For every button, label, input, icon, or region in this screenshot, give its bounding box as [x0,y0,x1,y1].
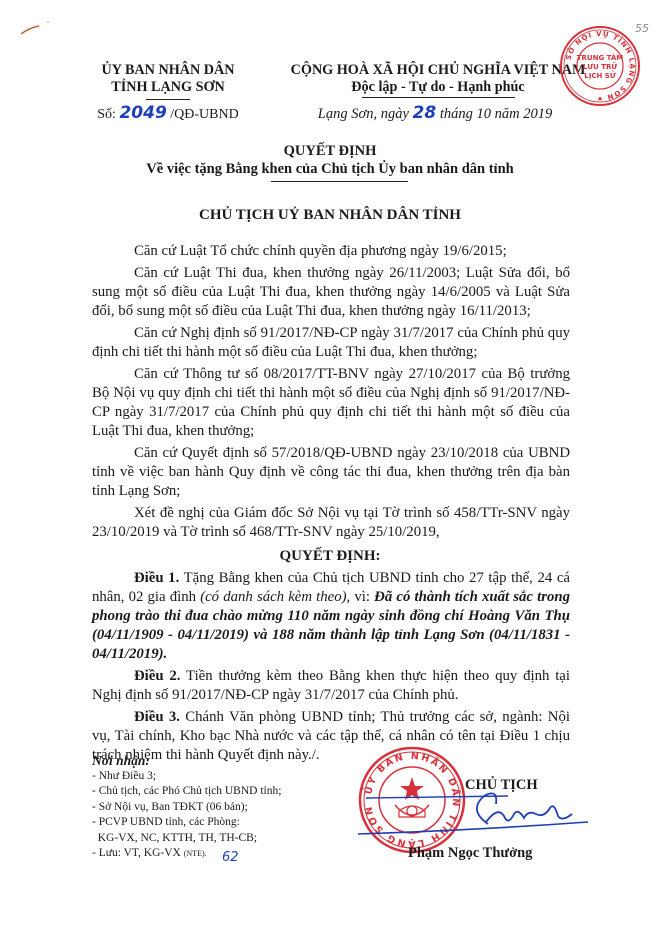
stamp-star-icon: ★ [597,95,603,103]
stamp-line-1: TRUNG TÂM [577,53,624,62]
bottom-handwritten-mark: 62 [222,850,239,865]
recipient-item: KG-VX, NC, KTTH, TH, TH-CB; [92,831,281,846]
signer-name: Phạm Ngọc Thưởng [408,845,532,862]
subject-underline [271,181,408,182]
preamble-clause: Căn cứ Luật Tổ chức chính quyền địa phươ… [92,242,570,261]
issuing-organization: ỦY BAN NHÂN DÂN TỈNH LẠNG SƠN [88,62,248,96]
preamble-clause: Căn cứ Thông tư số 08/2017/TT-BNV ngày 2… [92,365,570,441]
article-2-label: Điều 2. [134,668,181,684]
decision-heading: QUYẾT ĐỊNH: [0,548,660,565]
date-day-handwritten: 28 [413,103,437,123]
org-line-2: TỈNH LẠNG SƠN [88,79,248,96]
stray-ink-mark [15,18,55,38]
number-handwritten: 2049 [119,103,166,123]
article-2: Điều 2. Tiền thưởng kèm theo Bằng khen t… [92,667,570,705]
recipients-heading: Nơi nhận: [92,752,281,769]
article-1-note: (có danh sách kèm theo), [200,589,350,605]
recipient-item: - Như Điều 3; [92,769,281,784]
national-motto: CỘNG HOÀ XÃ HỘI CHỦ NGHĨA VIỆT NAM Độc l… [278,62,598,96]
date-suffix: tháng 10 năm 2019 [440,106,552,122]
archive-stamp: SỞ NỘI VỤ TỈNH LẠNG SƠN TRUNG TÂM LƯU TR… [558,24,642,108]
document-subject: Về việc tặng Bằng khen của Chủ tịch Ủy b… [0,161,660,178]
org-line-1: ỦY BAN NHÂN DÂN [88,62,248,79]
recipient-item: - PCVP UBND tỉnh, các Phòng: [92,815,281,830]
stamp-line-3: LỊCH SỬ [584,70,616,80]
handwritten-signature [358,790,588,840]
preamble: Căn cứ Luật Tổ chức chính quyền địa phươ… [92,242,570,545]
recipients-block: Nơi nhận: - Như Điều 3;- Chủ tịch, các P… [92,752,281,861]
recipient-item: - Sở Nội vụ, Ban TĐKT (06 bản); [92,800,281,815]
recipient-item-archive: - Lưu: VT, KG-VX (NTE). [92,846,281,861]
nation-line-1: CỘNG HOÀ XÃ HỘI CHỦ NGHĨA VIỆT NAM [278,62,598,79]
nation-line-2: Độc lập - Tự do - Hạnh phúc [278,79,598,96]
preamble-clause: Xét đề nghị của Giám đốc Sở Nội vụ tại T… [92,504,570,542]
stamp-line-2: LƯU TRỮ [583,62,618,71]
document-title: QUYẾT ĐỊNH [0,143,660,160]
org-underline [146,99,190,100]
preamble-clause: Căn cứ Nghị định số 91/2017/NĐ-CP ngày 3… [92,324,570,362]
article-1-label: Điều 1. [134,570,179,586]
preamble-clause: Căn cứ Luật Thi đua, khen thưởng ngày 26… [92,264,570,321]
article-1: Điều 1. Tặng Bằng khen của Chủ tịch UBND… [92,569,570,664]
date-prefix: Lạng Sơn, ngày [318,106,409,122]
place-date: Lạng Sơn, ngày 28 tháng 10 năm 2019 [300,103,570,123]
article-3-label: Điều 3. [134,709,180,725]
number-prefix: Số: [97,107,116,122]
document-number: Số: 2049 /QĐ-UBND [88,103,248,123]
recipient-item: - Chủ tịch, các Phó Chủ tịch UBND tỉnh; [92,784,281,799]
preamble-clause: Căn cứ Quyết định số 57/2018/QĐ-UBND ngà… [92,444,570,501]
issuing-authority: CHỦ TỊCH UỶ BAN NHÂN DÂN TỈNH [0,207,660,224]
number-suffix: /QĐ-UBND [170,107,238,122]
articles: Điều 1. Tặng Bằng khen của Chủ tịch UBND… [92,569,570,768]
motto-underline [362,97,515,98]
